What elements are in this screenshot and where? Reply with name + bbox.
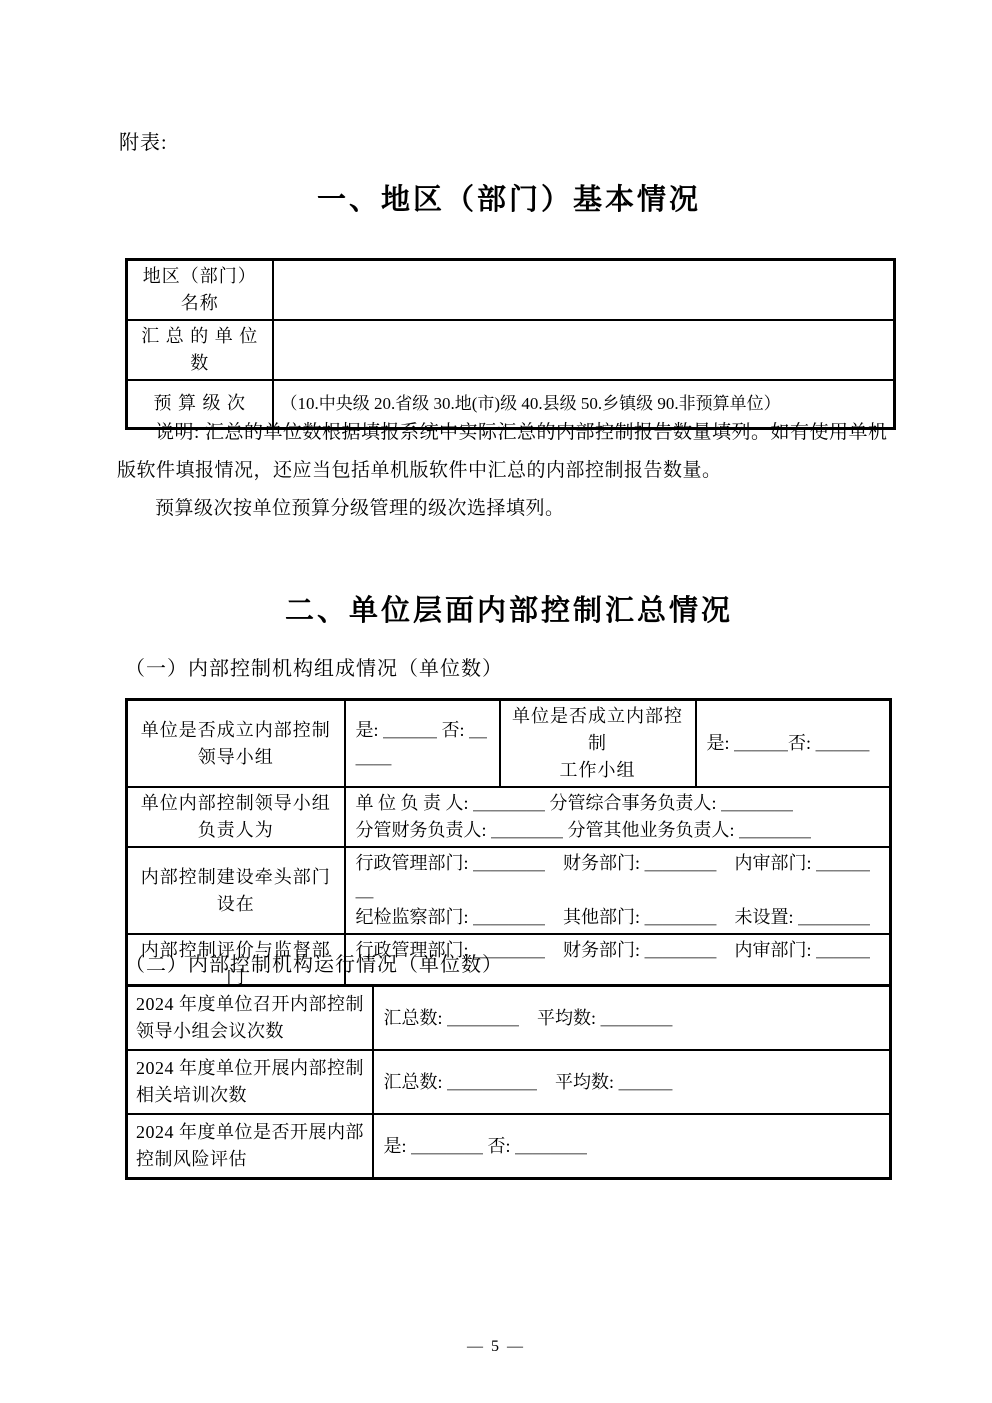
cell-label-training-count: 2024 年度单位开展内部控制 相关培训次数 <box>127 1050 373 1114</box>
cell-value-group-head: 单 位 负 责 人: ＿＿＿＿ 分管综合事务负责人: ＿＿＿＿ 分管财务负责人:… <box>345 787 891 847</box>
table-row: 2024 年度单位是否开展内部 控制风险评估 是: ＿＿＿＿ 否: ＿＿＿＿ <box>127 1114 891 1179</box>
table-row: 2024 年度单位开展内部控制 相关培训次数 汇总数: ＿＿＿＿＿ 平均数: ＿… <box>127 1050 891 1114</box>
cell-label-working-group: 单位是否成立内部控制 工作小组 <box>500 700 696 788</box>
cell-label-risk-assessment: 2024 年度单位是否开展内部 控制风险评估 <box>127 1114 373 1179</box>
explanatory-notes: 说明: 汇总的单位数根据填报系统中实际汇总的内部控制报告数量填列。如有使用单机版… <box>117 414 903 528</box>
table-row: 汇 总 的 单 位 数 <box>127 320 895 380</box>
cell-label-group-head: 单位内部控制领导小组 负责人为 <box>127 787 345 847</box>
basic-info-table: 地区（部门） 名称 汇 总 的 单 位 数 预 算 级 次 （10.中央级 20… <box>125 258 896 430</box>
table-row: 单位内部控制领导小组 负责人为 单 位 负 责 人: ＿＿＿＿ 分管综合事务负责… <box>127 787 891 847</box>
cell-label-meeting-count: 2024 年度单位召开内部控制 领导小组会议次数 <box>127 986 373 1051</box>
row-label-unit-count: 汇 总 的 单 位 数 <box>127 320 273 380</box>
cell-value-working-group: 是: ＿＿＿否: ＿＿＿ <box>696 700 891 788</box>
cell-value-risk-assessment: 是: ＿＿＿＿ 否: ＿＿＿＿ <box>373 1114 891 1179</box>
cell-label-lead-department: 内部控制建设牵头部门 设在 <box>127 847 345 934</box>
row-label-region-name: 地区（部门） 名称 <box>127 260 273 321</box>
cell-value-leading-group: 是: ＿＿＿ 否: ＿＿＿ <box>345 700 500 788</box>
table-row: 地区（部门） 名称 <box>127 260 895 321</box>
subsection2-heading: （二）内部控制机构运行情况（单位数） <box>125 948 503 977</box>
section2-title: 二、单位层面内部控制汇总情况 <box>125 588 893 629</box>
row-value-unit-count <box>273 320 895 380</box>
document-page: 附表: 一、地区（部门）基本情况 地区（部门） 名称 汇 总 的 单 位 数 预… <box>0 0 992 1403</box>
org-operation-table: 2024 年度单位召开内部控制 领导小组会议次数 汇总数: ＿＿＿＿ 平均数: … <box>125 984 892 1180</box>
subsection1-heading: （一）内部控制机构组成情况（单位数） <box>125 652 503 681</box>
table-row: 2024 年度单位召开内部控制 领导小组会议次数 汇总数: ＿＿＿＿ 平均数: … <box>127 986 891 1051</box>
row-value-region-name <box>273 260 895 321</box>
appendix-label: 附表: <box>119 126 168 155</box>
note-paragraph: 预算级次按单位预算分级管理的级次选择填列。 <box>117 490 903 528</box>
table-row: 内部控制建设牵头部门 设在 行政管理部门: ＿＿＿＿ 财务部门: ＿＿＿＿ 内审… <box>127 847 891 934</box>
section1-title: 一、地区（部门）基本情况 <box>125 177 893 218</box>
table-row: 单位是否成立内部控制 领导小组 是: ＿＿＿ 否: ＿＿＿ 单位是否成立内部控制… <box>127 700 891 788</box>
cell-value-lead-department: 行政管理部门: ＿＿＿＿ 财务部门: ＿＿＿＿ 内审部门: ＿＿＿＿ 纪检监察部… <box>345 847 891 934</box>
cell-value-meeting-count: 汇总数: ＿＿＿＿ 平均数: ＿＿＿＿ <box>373 986 891 1051</box>
cell-value-training-count: 汇总数: ＿＿＿＿＿ 平均数: ＿＿＿ <box>373 1050 891 1114</box>
note-paragraph: 说明: 汇总的单位数根据填报系统中实际汇总的内部控制报告数量填列。如有使用单机版… <box>117 414 903 490</box>
cell-label-leading-group: 单位是否成立内部控制 领导小组 <box>127 700 345 788</box>
page-number: — 5 — <box>0 1338 992 1356</box>
